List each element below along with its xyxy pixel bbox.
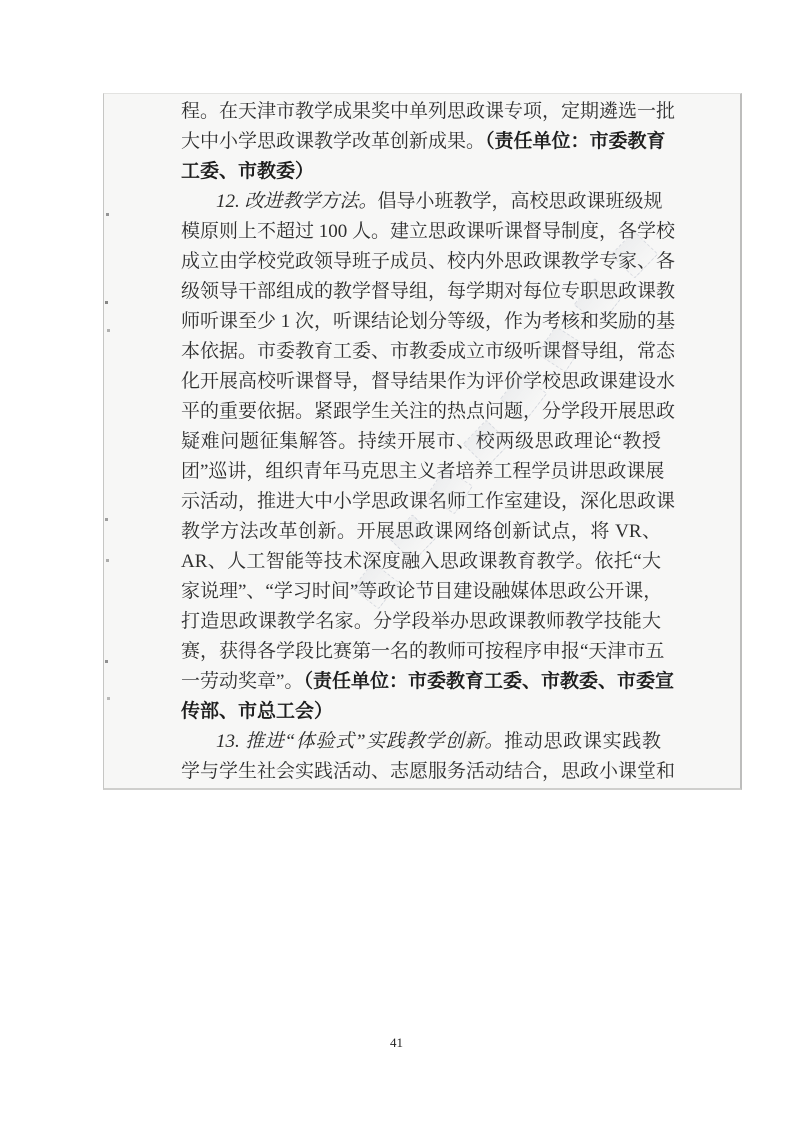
- text-line: 教学方法改革创新。开展思政课网络创新试点，将 VR、: [181, 517, 661, 547]
- text-line: 一劳动奖章”。（责任单位：市委教育工委、市教委、市委宣: [181, 667, 661, 697]
- text-line: 程。在天津市教学成果奖中单列思政课专项，定期遴选一批: [181, 97, 661, 127]
- body-text: 级领导干部组成的教学督导组，每学期对每位专职思政课教: [181, 281, 675, 302]
- text-line: 家说理”、“学习时间”等政论节目建设融媒体思政公开课，: [181, 577, 661, 607]
- body-text: 打造思政课教学名家。分学段举办思政课教师教学技能大: [181, 611, 661, 632]
- text-line: 赛，获得各学段比赛第一名的教师可按程序申报“天津市五: [181, 637, 661, 667]
- text-line: 平的重要依据。紧跟学生关注的热点问题，分学段开展思政: [181, 397, 661, 427]
- body-text: 化开展高校听课督导，督导结果作为评价学校思政课建设水: [181, 371, 675, 392]
- body-text: 学与学生社会实践活动、志愿服务活动结合，思政小课堂和: [181, 761, 675, 782]
- body-text: 示活动，推进大中小学思政课名师工作室建设，深化思政课: [181, 491, 675, 512]
- scanned-page: 程。在天津市教学成果奖中单列思政课专项，定期遴选一批大中小学思政课教学改革创新成…: [103, 93, 742, 790]
- text-line: 13. 推进“体验式”实践教学创新。推动思政课实践教: [181, 727, 661, 757]
- page-number: 41: [0, 1035, 793, 1051]
- body-text: 倡导小班教学，高校思政课班级规: [378, 191, 663, 212]
- body-text: 本依据。市委教育工委、市教委成立市级听课督导组，常态: [181, 341, 675, 362]
- text-line: 化开展高校听课督导，督导结果作为评价学校思政课建设水: [181, 367, 661, 397]
- body-text: 团”巡讲，组织青年马克思主义者培养工程学员讲思政课展: [181, 461, 664, 482]
- text-line: 疑难问题征集解答。持续开展市、校两级思政理论“教授: [181, 427, 661, 457]
- body-text: 疑难问题征集解答。持续开展市、校两级思政理论“教授: [181, 431, 661, 452]
- text-line: AR、人工智能等技术深度融入思政课教育教学。依托“大: [181, 547, 661, 577]
- text-line: 成立由学校党政领导班子成员、校内外思政课教学专家、各: [181, 247, 661, 277]
- body-text: 教学方法改革创新。开展思政课网络创新试点，将 VR、: [181, 521, 661, 542]
- text-line: 工委、市教委）: [181, 157, 661, 187]
- body-text: 赛，获得各学段比赛第一名的教师可按程序申报“天津市五: [181, 641, 664, 662]
- document-body: 程。在天津市教学成果奖中单列思政课专项，定期遴选一批大中小学思政课教学改革创新成…: [181, 97, 661, 787]
- text-line: 级领导干部组成的教学督导组，每学期对每位专职思政课教: [181, 277, 661, 307]
- responsible-unit-text: 工委、市教委）: [181, 161, 314, 182]
- responsible-unit-text: 传部、市总工会）: [181, 701, 333, 722]
- text-line: 模原则上不超过 100 人。建立思政课听课督导制度，各学校: [181, 217, 661, 247]
- responsible-unit-text: （责任单位：市委教育工委、市教委、市委宣: [303, 671, 674, 692]
- body-text: 师听课至少 1 次，听课结论划分等级，作为考核和奖励的基: [181, 311, 675, 332]
- body-text: 推动思政课实践教: [504, 731, 661, 752]
- scan-noise: [105, 94, 106, 95]
- text-line: 大中小学思政课教学改革创新成果。（责任单位：市委教育: [181, 127, 661, 157]
- responsible-unit-text: （责任单位：市委教育: [485, 131, 666, 152]
- body-text: 成立由学校党政领导班子成员、校内外思政课教学专家、各: [181, 251, 675, 272]
- text-line: 师听课至少 1 次，听课结论划分等级，作为考核和奖励的基: [181, 307, 661, 337]
- body-text: 平的重要依据。紧跟学生关注的热点问题，分学段开展思政: [181, 401, 675, 422]
- text-line: 本依据。市委教育工委、市教委成立市级听课督导组，常态: [181, 337, 661, 367]
- text-line: 传部、市总工会）: [181, 697, 661, 727]
- body-text: AR、人工智能等技术深度融入思政课教育教学。依托“大: [181, 551, 661, 572]
- body-text: 家说理”、“学习时间”等政论节目建设融媒体思政公开课，: [181, 581, 662, 602]
- body-text: 模原则上不超过 100 人。建立思政课听课督导制度，各学校: [181, 221, 675, 242]
- document-page: { "page": { "number": "41" }, "document"…: [0, 0, 793, 1122]
- text-line: 学与学生社会实践活动、志愿服务活动结合，思政小课堂和: [181, 757, 661, 787]
- item-heading-text: 13. 推进“体验式”实践教学创新。: [216, 731, 504, 752]
- body-text: 程。在天津市教学成果奖中单列思政课专项，定期遴选一批: [181, 101, 675, 122]
- body-text: 大中小学思政课教学改革创新成果。: [181, 131, 485, 152]
- text-line: 团”巡讲，组织青年马克思主义者培养工程学员讲思政课展: [181, 457, 661, 487]
- text-line: 示活动，推进大中小学思政课名师工作室建设，深化思政课: [181, 487, 661, 517]
- body-text: 一劳动奖章”。: [181, 671, 303, 692]
- text-line: 打造思政课教学名家。分学段举办思政课教师教学技能大: [181, 607, 661, 637]
- item-heading-text: 12. 改进教学方法。: [216, 191, 378, 212]
- text-line: 12. 改进教学方法。倡导小班教学，高校思政课班级规: [181, 187, 661, 217]
